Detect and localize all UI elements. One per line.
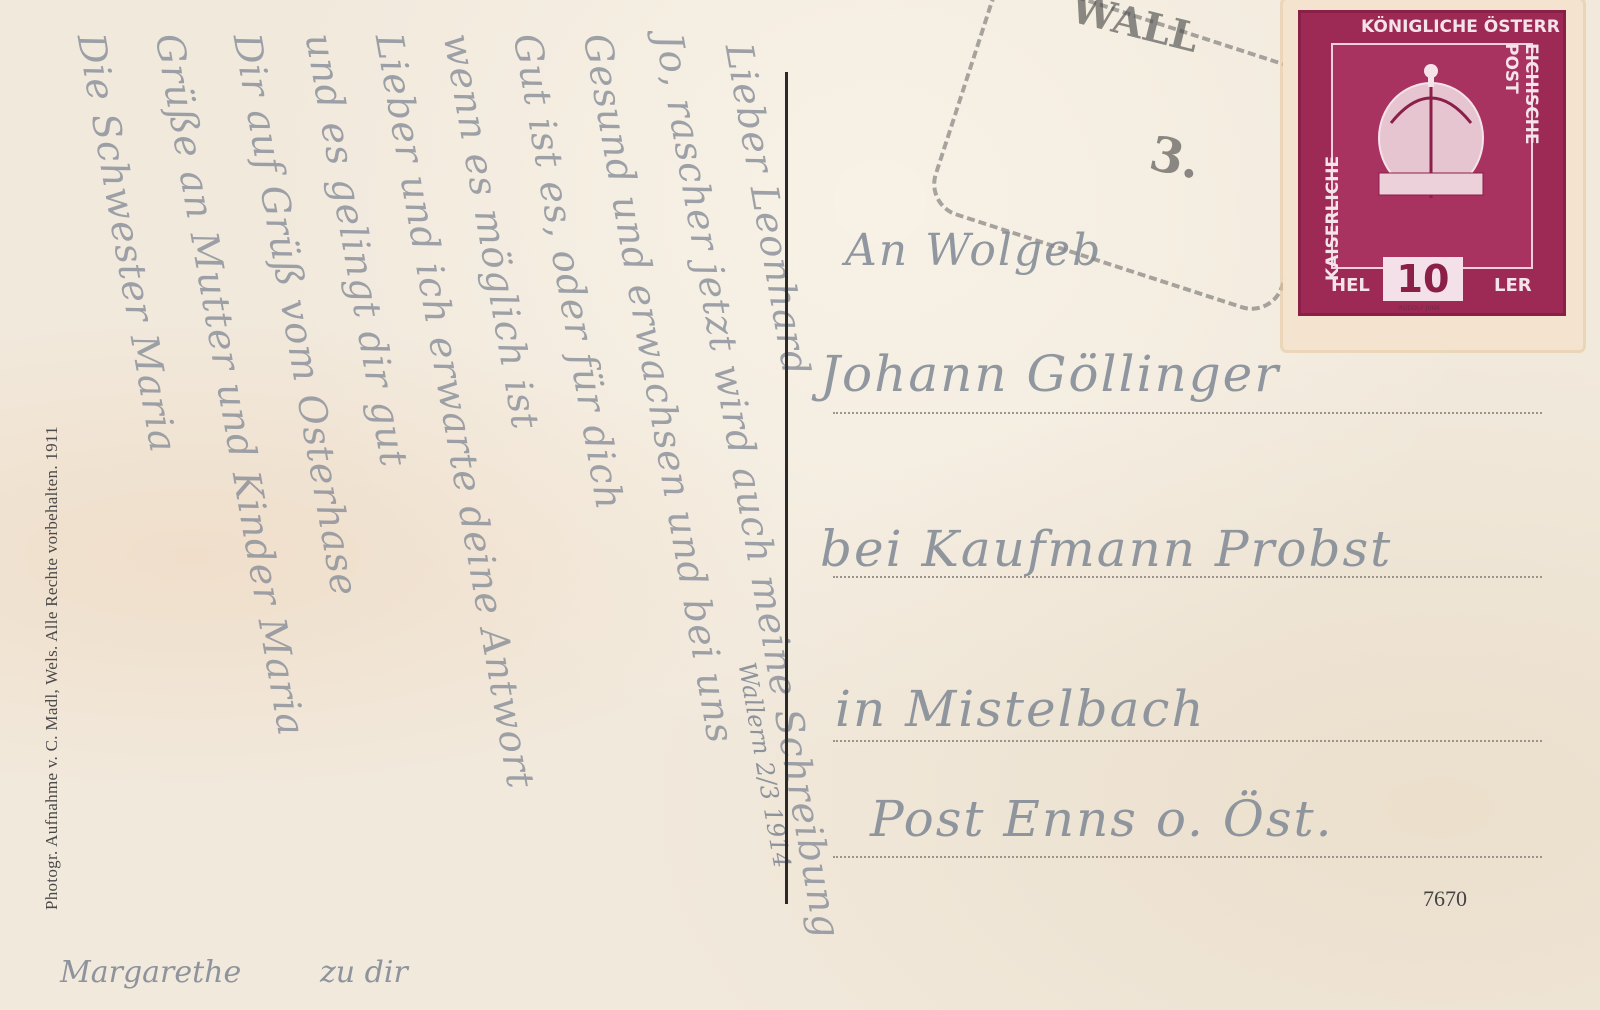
serial-number: 7670	[1423, 886, 1467, 912]
message-signoff: zu dir	[320, 955, 408, 990]
stamp-designer: RUDOLF JUNK	[1399, 305, 1440, 312]
stamp-top-text: KÖNIGLICHE ÖSTERR	[1361, 17, 1560, 37]
address-post-office: Post Enns o. Öst.	[870, 790, 1333, 848]
postage-stamp: KÖNIGLICHE ÖSTERR KAISERLICHE EICHISCHE …	[1298, 10, 1566, 316]
address-rule	[833, 856, 1542, 858]
postcard-back: Photogr. Aufnahme v. C. Madl, Wels. Alle…	[0, 0, 1600, 1010]
address-rule	[833, 412, 1542, 414]
stamp-right-text: EICHISCHE POST	[1501, 43, 1541, 145]
publisher-imprint: Photogr. Aufnahme v. C. Madl, Wels. Alle…	[42, 426, 62, 910]
stamp-value: 10	[1383, 257, 1463, 301]
address-name: Johann Göllinger	[820, 345, 1280, 403]
address-rule	[833, 740, 1542, 742]
stamp-left-text: KAISERLICHE	[1323, 156, 1343, 281]
address-salutation: An Wolgeb	[845, 225, 1102, 276]
divider-line	[785, 72, 788, 904]
stamp-currency-left: HEL	[1331, 275, 1370, 296]
message-signoff: Margarethe	[60, 955, 241, 990]
address-care-of: bei Kaufmann Probst	[820, 520, 1392, 578]
crown-icon	[1371, 63, 1491, 203]
address-town: in Mistelbach	[835, 680, 1206, 738]
stamp-currency-right: LER	[1494, 275, 1532, 296]
